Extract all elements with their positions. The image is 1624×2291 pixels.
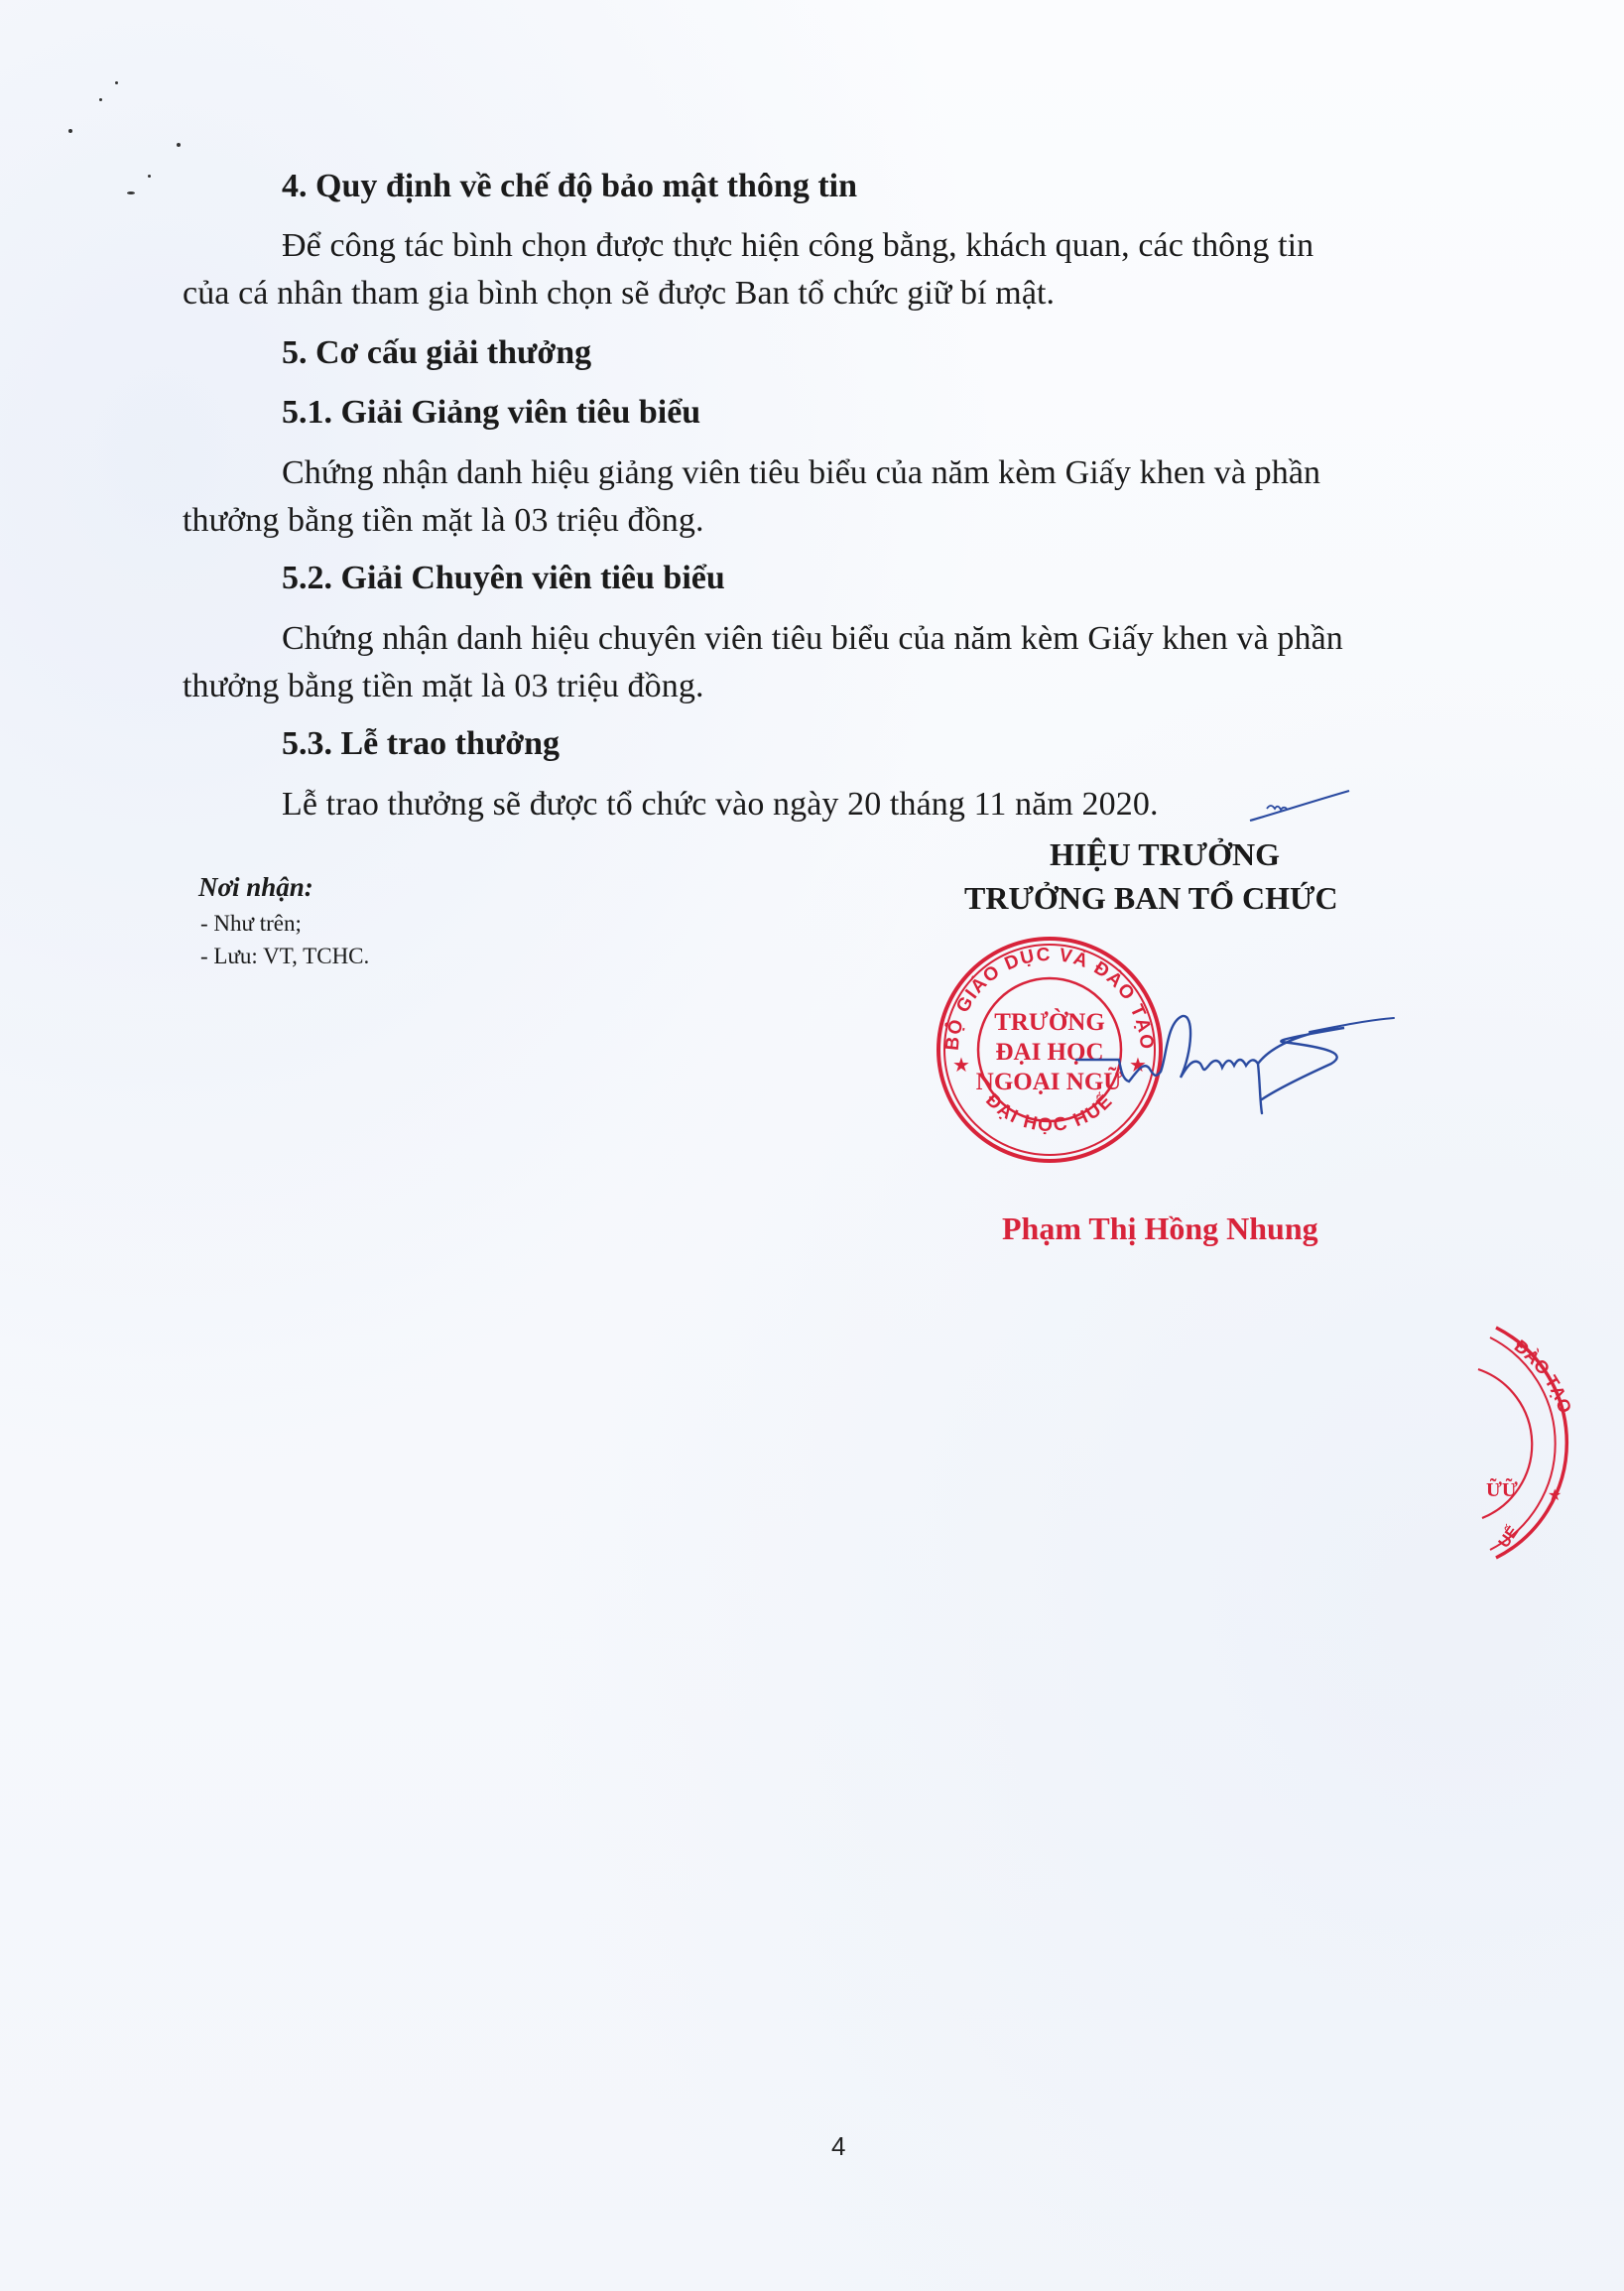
svg-text:★: ★ bbox=[1548, 1485, 1562, 1504]
handwritten-signature-icon bbox=[1071, 1002, 1399, 1121]
recipients-title-colon: : bbox=[305, 872, 313, 902]
page-number: 4 bbox=[831, 2131, 845, 2162]
svg-text:UẾ: UẾ bbox=[1494, 1522, 1523, 1551]
recipient-item: - Lưu: VT, TCHC. bbox=[200, 943, 369, 970]
section-5-2-paragraph-line-2: thưởng bằng tiền mặt là 03 triệu đồng. bbox=[183, 667, 704, 706]
section-4-heading: 4. Quy định về chế độ bảo mật thông tin bbox=[282, 167, 857, 206]
section-5-3-paragraph-line-1: Lễ trao thưởng sẽ được tổ chức vào ngày … bbox=[282, 785, 1159, 825]
scan-speck bbox=[68, 129, 72, 133]
section-4-paragraph-line-2: của cá nhân tham gia bình chọn sẽ được B… bbox=[183, 274, 1055, 314]
section-5-1-paragraph-line-1: Chứng nhận danh hiệu giảng viên tiêu biể… bbox=[282, 453, 1320, 493]
recipient-item: - Như trên; bbox=[200, 910, 302, 938]
recipients-title: Nơi nhận: bbox=[198, 873, 313, 901]
scan-speck bbox=[177, 143, 181, 147]
signature-title-line-2: TRƯỞNG BAN TỔ CHỨC bbox=[964, 879, 1338, 917]
section-4-paragraph-line-1: Để công tác bình chọn được thực hiện côn… bbox=[282, 226, 1313, 266]
svg-text:ỮỮ: ỮỮ bbox=[1486, 1477, 1518, 1501]
section-5-heading: 5. Cơ cấu giải thưởng bbox=[282, 333, 591, 373]
scan-speck bbox=[127, 191, 135, 194]
section-5-1-paragraph-line-2: thưởng bằng tiền mặt là 03 triệu đồng. bbox=[183, 501, 704, 541]
scan-speck bbox=[115, 81, 118, 84]
recipients-title-text: Nơi nhận bbox=[198, 872, 305, 902]
signature-title-line-1: HIỆU TRƯỞNG bbox=[1050, 835, 1280, 873]
initials-flourish-icon bbox=[1245, 789, 1354, 828]
section-5-3-heading: 5.3. Lễ trao thưởng bbox=[282, 724, 560, 764]
section-5-2-heading: 5.2. Giải Chuyên viên tiêu biểu bbox=[282, 559, 725, 598]
scan-speck bbox=[148, 175, 151, 178]
section-5-2-paragraph-line-1: Chứng nhận danh hiệu chuyên viên tiêu bi… bbox=[282, 619, 1343, 659]
partial-seal-icon: ĐÀO TẠO ★ ỮỮ UẾ bbox=[1478, 1320, 1624, 1568]
scan-speck bbox=[99, 98, 102, 101]
page-background bbox=[0, 0, 1624, 2291]
signer-name: Phạm Thị Hồng Nhung bbox=[1002, 1210, 1318, 1247]
section-5-1-heading: 5.1. Giải Giảng viên tiêu biểu bbox=[282, 393, 700, 433]
svg-text:★: ★ bbox=[952, 1053, 970, 1077]
